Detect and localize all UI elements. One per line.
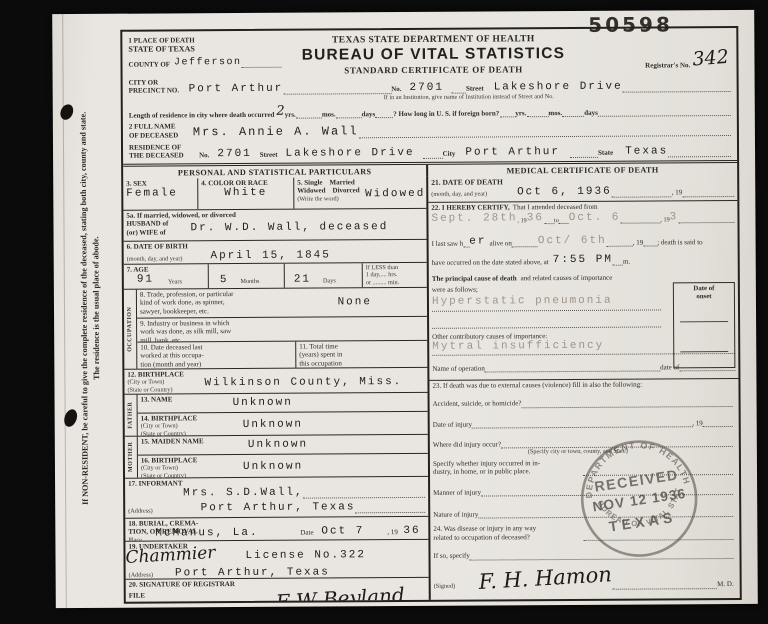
- house-no-value: 2701: [409, 82, 443, 94]
- precinct-value: Port Arthur: [189, 83, 284, 96]
- trade-row: 8. Trade, profession, or particular kind…: [137, 288, 427, 318]
- mos-label: mos.: [322, 110, 336, 118]
- stamp-state: TEXAS: [608, 510, 677, 536]
- cause-of-death-value: Hyperstatic pneumonia: [432, 294, 613, 307]
- file-date-value: 10 - 7 -: [156, 600, 209, 604]
- dob-sublabel: (month, day, and year): [127, 255, 183, 263]
- age-years-label: Years: [168, 278, 182, 286]
- race-value: White: [201, 187, 290, 200]
- yrs-label: yrs.: [515, 109, 526, 117]
- certify-label-bold: 22. I HEREBY CERTIFY,: [431, 203, 509, 212]
- county-value: Jefferson: [174, 57, 242, 68]
- dod-year-suffix: , 19: [672, 189, 683, 197]
- registrar-no-value: 342: [691, 46, 729, 71]
- dotted-line: [668, 154, 731, 157]
- dotted-line: [598, 113, 731, 117]
- mother-group: MOTHER 15. MAIDEN NAME Unknown 16. BIRTH…: [125, 434, 428, 478]
- dotted-line: [607, 244, 633, 247]
- dotted-line: [678, 220, 734, 223]
- dotted-line: [423, 156, 443, 159]
- dod-sublabel: (month, day, and year): [431, 191, 487, 199]
- yrs-label: yrs.: [285, 110, 296, 118]
- dotted-line: [682, 194, 734, 197]
- industry-row: 9. Industry or business in which work wa…: [137, 316, 427, 342]
- form-header: 1 PLACE OF DEATH STATE OF TEXAS COUNTY O…: [122, 28, 737, 161]
- signed-label: (Signed): [434, 583, 455, 591]
- received-stamp: DEPARTMENT OF HEALTH BUREAU OF VITAL STA…: [570, 429, 708, 567]
- undertaker-signature: Chammier: [125, 543, 216, 568]
- institution-note: If in an Institution, give name of Insti…: [384, 92, 731, 102]
- dotted-line: [526, 114, 548, 117]
- dotted-line: [304, 495, 426, 499]
- scan-background: If NON-RESIDENT, be careful to give the …: [0, 0, 768, 624]
- dob-value: April 15, 1845: [210, 250, 330, 263]
- dotted-line: [559, 221, 569, 224]
- dob-row: 6. DATE OF BIRTH (month, day, and year) …: [124, 239, 427, 264]
- nature-injury-label: Nature of injury: [433, 511, 478, 520]
- certificate-form: 1 PLACE OF DEATH STATE OF TEXAS COUNTY O…: [120, 26, 741, 604]
- age-days-value: 21: [294, 273, 311, 285]
- bureau-title: BUREAU OF VITAL STATISTICS: [286, 45, 580, 65]
- dotted-line: [643, 244, 657, 247]
- occupation-group: OCCUPATION 8. Trade, profession, or part…: [124, 287, 427, 369]
- mother-vertical-label: MOTHER: [128, 442, 134, 472]
- sex-value: Female: [126, 187, 194, 199]
- dotted-line: [432, 309, 661, 311]
- dotted-line: [544, 221, 554, 224]
- burial-place-value: McManus, La.: [155, 527, 258, 540]
- dotted-line: [620, 221, 660, 224]
- attended-from-value: Sept. 28th: [431, 212, 517, 225]
- medical-column: 21. DATE OF DEATH (month, day, and year)…: [428, 175, 740, 604]
- age-months-label: Months: [240, 278, 259, 286]
- dod-value: Oct 6, 1936: [517, 186, 612, 199]
- personal-column: 3. SEX Female 4. COLOR OR RACE White 5. …: [123, 177, 431, 604]
- dotted-line: [613, 263, 623, 266]
- q24-label2: related to occupation of deceased?: [433, 533, 583, 542]
- mother-name-row: 15. MAIDEN NAME Unknown: [138, 435, 428, 455]
- res-state-label: State: [598, 149, 613, 157]
- father-name-value: Unknown: [233, 396, 293, 408]
- accident-label: Accident, suicide, or homicide?: [433, 399, 522, 408]
- informant-value: Mrs. S.D.Wall,: [183, 487, 303, 500]
- length-residence-label: Length of residence in city where death …: [129, 111, 275, 120]
- attended-from-19: , 19: [517, 217, 526, 224]
- length-residence-value: 2: [276, 104, 284, 119]
- dotted-line: [612, 194, 672, 197]
- marital-value: Widowed: [365, 188, 425, 200]
- dotted-line: [679, 368, 735, 371]
- dotted-line: [612, 586, 717, 590]
- file-year-value: 36: [219, 600, 238, 604]
- father-name-row: 13. NAME Unknown: [138, 393, 428, 413]
- injury-date-label: Date of injury: [433, 420, 472, 429]
- trade-label3: sawyer, bookkeeper, etc.: [140, 305, 424, 315]
- informant-address-label: (Address): [128, 507, 152, 515]
- occupation-vertical-label: OCCUPATION: [127, 306, 133, 351]
- informant-row: 17. INFORMANT Mrs. S.D.Wall, (Address) P…: [125, 476, 428, 518]
- dotted-line: [375, 115, 393, 118]
- mother-birthplace-row: 16. BIRTHPLACE (City or Town) (State or …: [138, 453, 428, 478]
- residence-label2: THE DECEASED: [129, 152, 195, 161]
- father-bp-value: Unknown: [243, 418, 303, 430]
- where-injury-label: Where did injury occur?: [433, 440, 501, 449]
- res-street-value: Lakeshore Drive: [285, 147, 414, 160]
- res-street-label: Street: [260, 151, 278, 159]
- undertaker-row: 19. UNDERTAKER Chammier License No.322 (…: [125, 539, 428, 579]
- lastsaw-date: Oct/ 6th: [538, 235, 607, 247]
- res-no-label: No.: [199, 152, 209, 160]
- age-months-value: 5: [220, 274, 229, 286]
- lastsaw-mid: alive on: [489, 239, 511, 248]
- onset-line: [680, 321, 728, 322]
- foreign-born-label: ? How long in U. S. if foreign born?: [393, 109, 499, 118]
- dotted-line: [521, 404, 732, 408]
- street-value: Lakeshore Drive: [494, 80, 623, 93]
- doctor-address-value: Port Arthur, Texas: [502, 598, 657, 604]
- certificate-paper: If NON-RESIDENT, be careful to give the …: [52, 10, 758, 608]
- certificate-title: STANDARD CERTIFICATE OF DEATH: [287, 64, 581, 76]
- husband-label2: HUSBAND of: [126, 220, 178, 229]
- dotted-line: [703, 424, 733, 427]
- fullname-value: Mrs. Annie A. Wall: [193, 124, 359, 139]
- specify-injury-label2: dustry, in home, or in public place.: [433, 467, 583, 476]
- principal-cause-bold: The principal cause of death: [432, 274, 517, 283]
- dotted-line: [499, 115, 515, 118]
- burial-date-label: Date: [300, 528, 313, 536]
- attended-to-value: Oct. 6: [569, 212, 621, 224]
- contributory-value: Mytral insufficiency: [432, 340, 604, 353]
- principal-cause-line2: were as follows;: [432, 285, 665, 295]
- principal-cause-rest: and related causes of importance: [521, 274, 613, 283]
- dotted-line: [570, 155, 598, 158]
- lastsaw-her: er: [469, 236, 486, 248]
- injury-19: , 19: [692, 419, 703, 427]
- house-no-label: No.: [391, 85, 401, 93]
- dotted-line: [485, 369, 660, 373]
- operation-label: Name of operation: [432, 364, 485, 373]
- occurred-pre: have occurred on the date stated above, …: [432, 258, 549, 267]
- father-birthplace-row: 14. BIRTHPLACE (City or Town) (State or …: [138, 411, 428, 436]
- occurred-time: 7:55 PM: [553, 254, 613, 266]
- external-label: 23. If death was due to external causes …: [432, 380, 732, 390]
- trade-value: None: [338, 296, 372, 308]
- lastsaw-19: , 19: [633, 238, 644, 246]
- onset-line: [680, 351, 728, 352]
- certify-label-rest: That I attended deceased from: [513, 203, 598, 212]
- mos-label: mos.: [548, 109, 562, 117]
- days-label: days: [584, 109, 598, 117]
- dotted-line: [336, 115, 362, 118]
- dotted-line: [242, 65, 282, 68]
- res-city-label: City: [443, 150, 456, 158]
- date-of-onset-box: Date of onset: [673, 282, 736, 368]
- date-of-death-row: 21. DATE OF DEATH (month, day, and year)…: [428, 175, 737, 202]
- days-label: days: [362, 110, 376, 118]
- department-title: TEXAS STATE DEPARTMENT OF HEALTH: [286, 34, 580, 46]
- external-causes-block: 23. If death was due to external causes …: [429, 378, 739, 604]
- husband-row: 5a. If married, widowed, or divorced HUS…: [123, 208, 426, 241]
- onset-label1: Date of: [674, 283, 734, 294]
- onset-label2: onset: [674, 293, 734, 302]
- burial-row: 18. BURIAL, CREMA- TION, OR REMOVAL Plac…: [125, 516, 428, 541]
- street-label: Street: [466, 85, 484, 93]
- lastsaw-pre: I last saw h: [432, 239, 464, 248]
- state-of-texas-label: STATE OF TEXAS: [128, 44, 286, 55]
- res-city-value: Port Arthur: [465, 146, 560, 159]
- lastworked-row: 10. Date deceased last worked at this oc…: [137, 340, 427, 369]
- margin-note: If NON-RESIDENT, be careful to give the …: [77, 108, 104, 508]
- attended-to-19: , 19: [660, 216, 669, 223]
- husband-label3: (or) WIFE of: [127, 228, 179, 237]
- age-years-value: 91: [137, 274, 154, 286]
- margin-note-line2: The residence is the usual place of abod…: [90, 108, 105, 508]
- sex-race-marital-row: 3. SEX Female 4. COLOR OR RACE White 5. …: [123, 177, 426, 210]
- age-days-label: Days: [323, 278, 336, 286]
- burial-year-pre: , 19: [387, 528, 398, 536]
- registrar-row: 20. SIGNATURE OF REGISTRAR FILE DATE 10 …: [126, 577, 429, 604]
- father-group: FATHER 13. NAME Unknown 14. BIRTHPLACE (…: [125, 392, 428, 436]
- informant-address-value: Port Arthur, Texas: [201, 501, 356, 514]
- res-state-value: Texas: [625, 145, 668, 157]
- fullname-label: 2 FULL NAME: [129, 123, 189, 132]
- dotted-line: [296, 116, 322, 119]
- dotted-line: [359, 133, 731, 138]
- dotted-line: [472, 424, 692, 428]
- attended-from-year: 36: [527, 212, 544, 224]
- registrar-no-label: Registrar's No.: [645, 61, 690, 70]
- dotted-line: [355, 510, 425, 513]
- dotted-line: [562, 114, 584, 117]
- city-or-label: CITY OR: [129, 78, 181, 87]
- age-less-label3: or ......... min.: [366, 279, 424, 287]
- ifso-label: If so, specify: [433, 552, 469, 561]
- occurred-m: m.: [623, 257, 630, 265]
- precinct-no-label: PRECINCT NO.: [129, 87, 181, 96]
- burial-date-value: Oct 7: [321, 525, 364, 537]
- undertaker-license: License No.322: [245, 549, 365, 562]
- father-vertical-label: FATHER: [128, 401, 134, 428]
- county-label: COUNTY OF: [128, 60, 170, 69]
- md-label: M. D.: [717, 580, 734, 588]
- burial-year-value: 36: [403, 525, 420, 537]
- certification-block: 22. I HEREBY CERTIFY, That I attended de…: [428, 200, 738, 380]
- attended-to-year: 3: [670, 212, 679, 224]
- mother-name-value: Unknown: [248, 438, 308, 450]
- dotted-line: [283, 91, 391, 95]
- dotted-line: [512, 244, 538, 247]
- fullname-label2: OF DECEASED: [129, 131, 189, 140]
- punch-hole: [58, 102, 76, 122]
- age-row: 7. AGE 91 Years 5 Months: [124, 262, 427, 289]
- husband-value: Dr. W.D. Wall, deceased: [190, 221, 388, 234]
- lastsaw-post: ; death is said to: [657, 238, 703, 247]
- dotted-line: [432, 326, 661, 328]
- res-no-value: 2701: [217, 148, 251, 160]
- manner-injury-label: Manner of injury: [433, 488, 481, 497]
- birthplace-value: Wilkinson County, Miss.: [204, 376, 402, 389]
- birthplace-row: 12. BIRTHPLACE (City or Town) (State or …: [124, 367, 427, 394]
- mother-bp-value: Unknown: [243, 460, 303, 472]
